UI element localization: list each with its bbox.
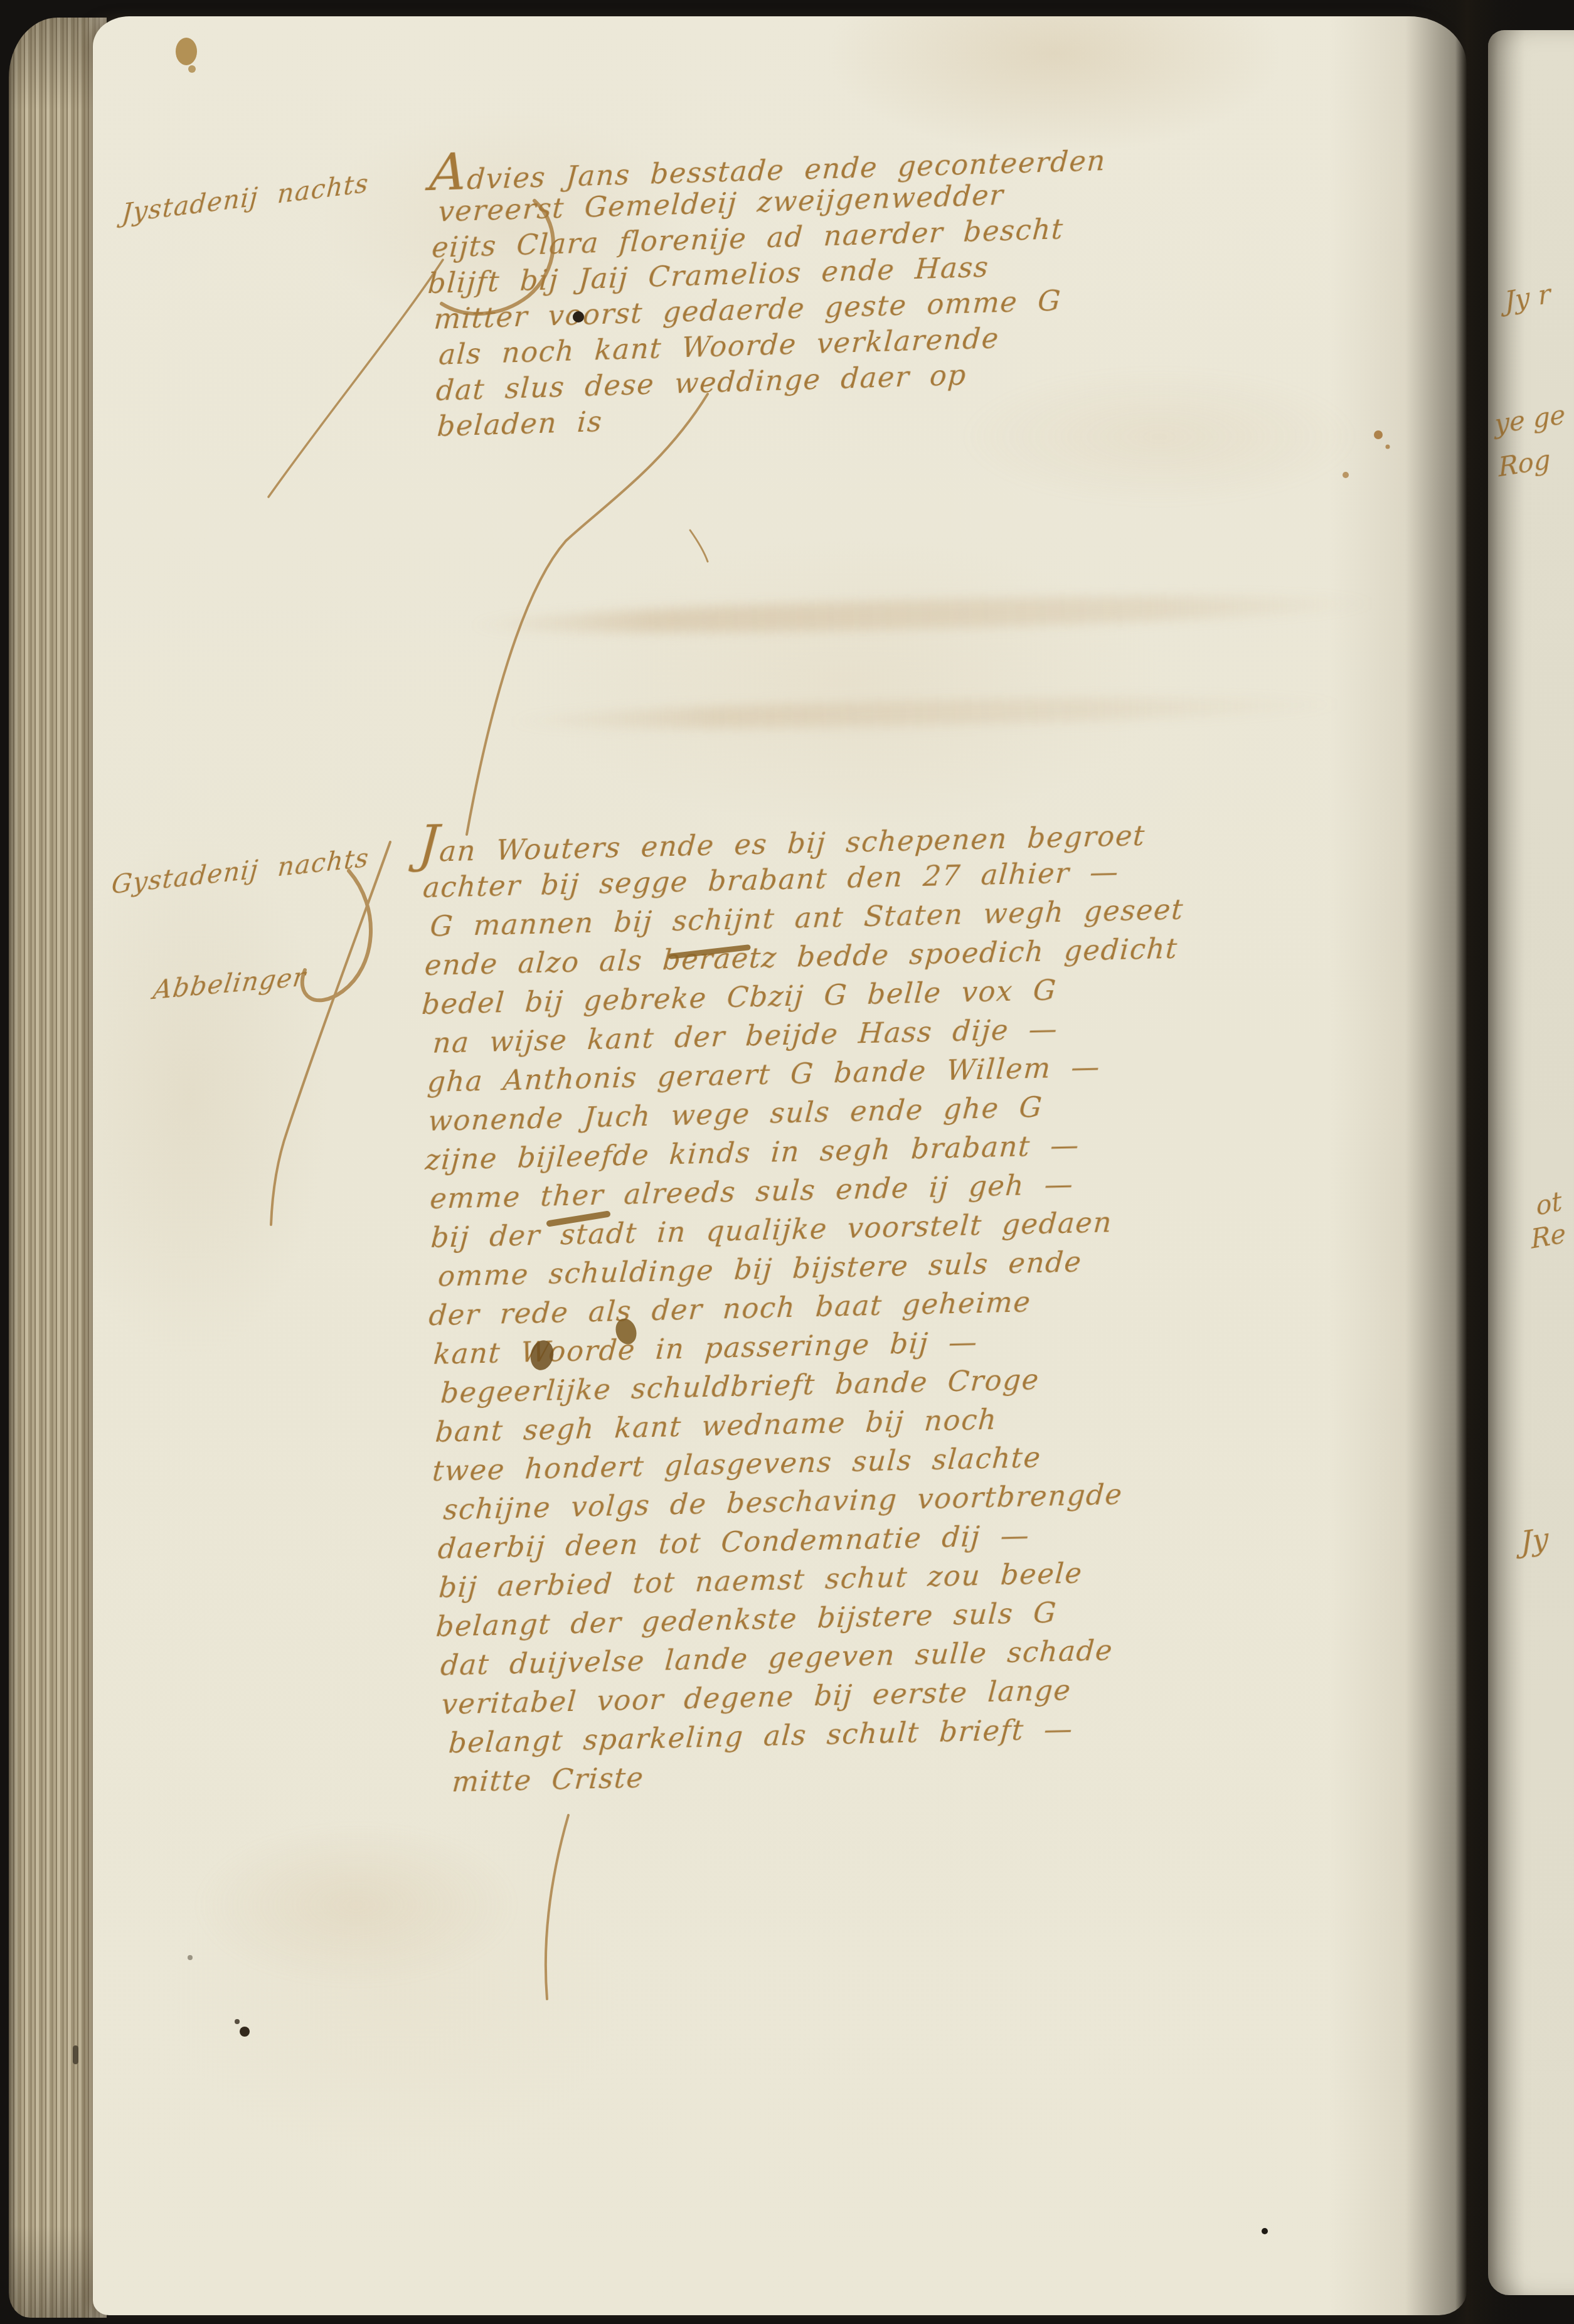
- main-page: Jystadenij nachts Gystadenij nachts Abbe…: [93, 16, 1467, 2315]
- paragraph-2: Jan Wouters ende es bij schepenen begroe…: [422, 813, 1203, 1802]
- margin-annotation-line: Gystadenij nachts: [110, 843, 371, 900]
- margin-annotation-line: Abbelinger: [151, 962, 308, 1006]
- facing-fragment: ot: [1534, 1186, 1563, 1222]
- dust-speck: [73, 2045, 78, 2064]
- margin-note-2-line-2: Abbelinger: [152, 962, 307, 1006]
- margin-annotation-line: Jystadenij nachts: [121, 168, 370, 228]
- manuscript-scan: Jystadenij nachts Gystadenij nachts Abbe…: [0, 0, 1574, 2324]
- show-through-ghost: [507, 691, 1348, 734]
- paragraph-1: Advies Jans besstade ende geconteerden v…: [429, 138, 1114, 444]
- facing-fragment: Re: [1530, 1218, 1567, 1255]
- show-through-ghost: [469, 589, 1380, 639]
- margin-note-2-line-1: Gystadenij nachts: [112, 843, 370, 900]
- margin-note-1: Jystadenij nachts: [122, 168, 369, 229]
- page-edge-stack: [9, 18, 107, 2318]
- show-through-ghost: [193, 1823, 519, 1986]
- facing-fragment: Rog: [1497, 444, 1551, 482]
- facing-fragment: Jy r: [1504, 279, 1551, 317]
- facing-fragment: Jy: [1520, 1522, 1549, 1559]
- facing-fragment: ye ge: [1494, 399, 1566, 440]
- facing-page: Jy r ye ge Rog ot Re Jy: [1488, 30, 1574, 2295]
